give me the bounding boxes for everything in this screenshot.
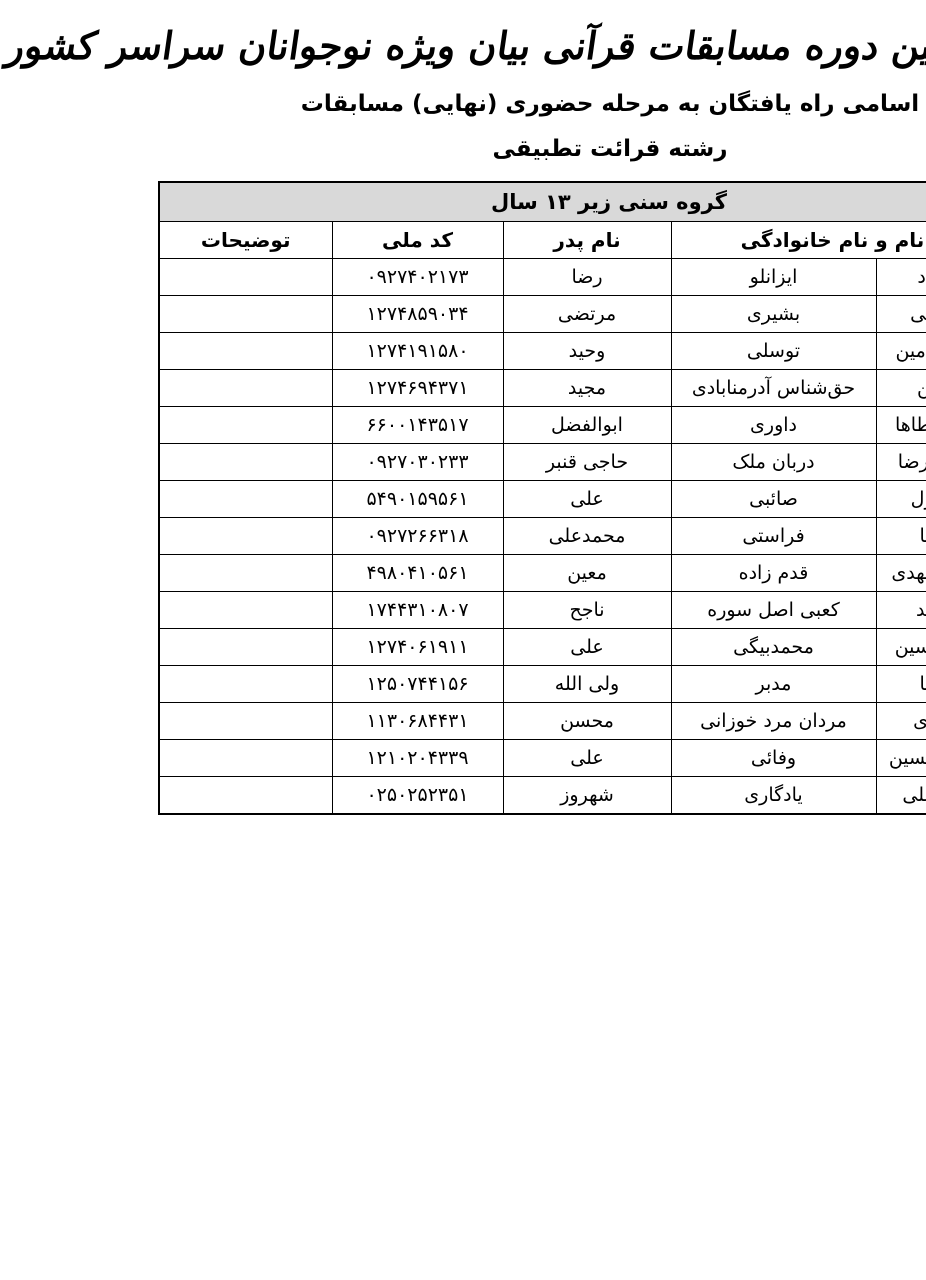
row-no-cell: ۱۱ xyxy=(847,628,912,665)
age-group-header: گروه سنی زیر ۱۳ سال xyxy=(12,182,912,222)
first-name-cell: متین xyxy=(729,369,847,406)
last-name-cell: دربان ملک xyxy=(524,443,729,480)
row-no-cell: ۸ xyxy=(847,517,912,554)
table-body: ۱ جواد ایزانلو رضا ۰۹۲۷۴۰۲۱۷۳ ۲ مجتبی بش… xyxy=(12,258,912,814)
col-header-father-name: نام پدر xyxy=(356,221,524,258)
last-name-cell: داوری xyxy=(524,406,729,443)
father-name-cell: رضا xyxy=(356,258,524,295)
father-name-cell: ناجح xyxy=(356,591,524,628)
age-group-header-row: گروه سنی زیر ۱۳ سال xyxy=(12,182,912,222)
last-name-cell: قدم زاده xyxy=(524,554,729,591)
national-code-cell: ۱۲۵۰۷۴۴۱۵۶ xyxy=(185,665,356,702)
last-name-cell: ایزانلو xyxy=(524,258,729,295)
national-code-cell: ۱۲۷۴۰۶۱۹۱۱ xyxy=(185,628,356,665)
national-code-cell: ۵۴۹۰۱۵۹۵۶۱ xyxy=(185,480,356,517)
table-row: ۲ مجتبی بشیری مرتضی ۱۲۷۴۸۵۹۰۳۴ xyxy=(12,295,912,332)
row-no-cell: ۲ xyxy=(847,295,912,332)
father-name-cell: معین xyxy=(356,554,524,591)
table-row: ۱۰ احمد کعبی اصل سوره ناجح ۱۷۴۴۳۱۰۸۰۷ xyxy=(12,591,912,628)
row-no-cell: ۱۳ xyxy=(847,702,912,739)
notes-cell xyxy=(12,406,185,443)
national-code-cell: ۱۱۳۰۶۸۴۴۳۱ xyxy=(185,702,356,739)
notes-cell xyxy=(12,258,185,295)
column-header-row: ردیف نام و نام خانوادگی نام پدر کد ملی ت… xyxy=(12,221,912,258)
first-name-cell: امیرعلی xyxy=(729,776,847,814)
table-row: ۳ محمدامین توسلی وحید ۱۲۷۴۱۹۱۵۸۰ xyxy=(12,332,912,369)
last-name-cell: حق‌شناس آدرمنابادی xyxy=(524,369,729,406)
notes-cell xyxy=(12,295,185,332)
national-code-cell: ۱۲۷۴۶۹۴۳۷۱ xyxy=(185,369,356,406)
father-name-cell: ولی الله xyxy=(356,665,524,702)
table-row: ۱۲ رضا مدبر ولی الله ۱۲۵۰۷۴۴۱۵۶ xyxy=(12,665,912,702)
last-name-cell: وفائی xyxy=(524,739,729,776)
last-name-cell: محمدبیگی xyxy=(524,628,729,665)
national-code-cell: ۰۹۲۷۰۳۰۲۳۳ xyxy=(185,443,356,480)
table-row: ۱۳ مهدی مردان مرد خوزانی محسن ۱۱۳۰۶۸۴۴۳۱ xyxy=(12,702,912,739)
notes-cell xyxy=(12,628,185,665)
notes-cell xyxy=(12,665,185,702)
first-name-cell: رضا xyxy=(729,665,847,702)
father-name-cell: علی xyxy=(356,739,524,776)
subtitle-qualifiers: اسامی راه یافتگان به مرحله حضوری (نهایی)… xyxy=(0,93,926,116)
notes-cell xyxy=(12,443,185,480)
first-name-cell: محمدحسین xyxy=(729,739,847,776)
national-code-cell: ۴۹۸۰۴۱۰۵۶۱ xyxy=(185,554,356,591)
last-name-cell: توسلی xyxy=(524,332,729,369)
document-page: اولین دوره مسابقات قرآنی بیان ویژه نوجوا… xyxy=(0,0,926,1280)
last-name-cell: بشیری xyxy=(524,295,729,332)
table-row: ۱۴ محمدحسین وفائی علی ۱۲۱۰۲۰۴۳۳۹ xyxy=(12,739,912,776)
table-row: ۴ متین حق‌شناس آدرمنابادی مجید ۱۲۷۴۶۹۴۳۷… xyxy=(12,369,912,406)
notes-cell xyxy=(12,702,185,739)
last-name-cell: مردان مرد خوزانی xyxy=(524,702,729,739)
notes-cell xyxy=(12,776,185,814)
first-name-cell: محمدرضا xyxy=(729,443,847,480)
first-name-cell: رضا xyxy=(729,517,847,554)
father-name-cell: حاجی قنبر xyxy=(356,443,524,480)
row-no-cell: ۱۲ xyxy=(847,665,912,702)
col-header-row-no: ردیف xyxy=(847,221,912,258)
calligraphy-title: اولین دوره مسابقات قرآنی بیان ویژه نوجوا… xyxy=(100,14,827,79)
national-code-cell: ۱۲۷۴۸۵۹۰۳۴ xyxy=(185,295,356,332)
last-name-cell: یادگاری xyxy=(524,776,729,814)
notes-cell xyxy=(12,591,185,628)
notes-cell xyxy=(12,480,185,517)
father-name-cell: محمدعلی xyxy=(356,517,524,554)
notes-cell xyxy=(12,332,185,369)
national-code-cell: ۶۶۰۰۱۴۳۵۱۷ xyxy=(185,406,356,443)
national-code-cell: ۰۹۲۷۲۶۶۳۱۸ xyxy=(185,517,356,554)
row-no-cell: ۱۵ xyxy=(847,776,912,814)
national-code-cell: ۰۹۲۷۴۰۲۱۷۳ xyxy=(185,258,356,295)
row-no-cell: ۱۴ xyxy=(847,739,912,776)
father-name-cell: مرتضی xyxy=(356,295,524,332)
row-no-cell: ۹ xyxy=(847,554,912,591)
national-code-cell: ۱۲۷۴۱۹۱۵۸۰ xyxy=(185,332,356,369)
qualifiers-table: گروه سنی زیر ۱۳ سال ردیف نام و نام خانوا… xyxy=(11,181,913,815)
first-name-cell: محمدامین xyxy=(729,332,847,369)
first-name-cell: محمدمهدی xyxy=(729,554,847,591)
row-no-cell: ۴ xyxy=(847,369,912,406)
table-row: ۱۱ امیرحسین محمدبیگی علی ۱۲۷۴۰۶۱۹۱۱ xyxy=(12,628,912,665)
subtitle-field: رشته قرائت تطبیقی xyxy=(0,138,926,161)
last-name-cell: کعبی اصل سوره xyxy=(524,591,729,628)
first-name-cell: مجتبی xyxy=(729,295,847,332)
national-code-cell: ۰۲۵۰۲۵۲۳۵۱ xyxy=(185,776,356,814)
national-code-cell: ۱۷۴۴۳۱۰۸۰۷ xyxy=(185,591,356,628)
row-no-cell: ۳ xyxy=(847,332,912,369)
row-no-cell: ۶ xyxy=(847,443,912,480)
col-header-national-code: کد ملی xyxy=(185,221,356,258)
last-name-cell: فراستی xyxy=(524,517,729,554)
notes-cell xyxy=(12,369,185,406)
father-name-cell: مجید xyxy=(356,369,524,406)
first-name-cell: محمدطاها xyxy=(729,406,847,443)
first-name-cell: جواد xyxy=(729,258,847,295)
table-row: ۱۵ امیرعلی یادگاری شهروز ۰۲۵۰۲۵۲۳۵۱ xyxy=(12,776,912,814)
row-no-cell: ۱ xyxy=(847,258,912,295)
table-row: ۶ محمدرضا دربان ملک حاجی قنبر ۰۹۲۷۰۳۰۲۳۳ xyxy=(12,443,912,480)
first-name-cell: رسول xyxy=(729,480,847,517)
notes-cell xyxy=(12,739,185,776)
father-name-cell: وحید xyxy=(356,332,524,369)
national-code-cell: ۱۲۱۰۲۰۴۳۳۹ xyxy=(185,739,356,776)
table-row: ۹ محمدمهدی قدم زاده معین ۴۹۸۰۴۱۰۵۶۱ xyxy=(12,554,912,591)
first-name-cell: امیرحسین xyxy=(729,628,847,665)
father-name-cell: علی xyxy=(356,628,524,665)
last-name-cell: مدبر xyxy=(524,665,729,702)
row-no-cell: ۵ xyxy=(847,406,912,443)
notes-cell xyxy=(12,554,185,591)
col-header-notes: توضیحات xyxy=(12,221,185,258)
table-row: ۱ جواد ایزانلو رضا ۰۹۲۷۴۰۲۱۷۳ xyxy=(12,258,912,295)
row-no-cell: ۷ xyxy=(847,480,912,517)
first-name-cell: مهدی xyxy=(729,702,847,739)
notes-cell xyxy=(12,517,185,554)
father-name-cell: شهروز xyxy=(356,776,524,814)
father-name-cell: علی xyxy=(356,480,524,517)
table-row: ۵ محمدطاها داوری ابوالفضل ۶۶۰۰۱۴۳۵۱۷ xyxy=(12,406,912,443)
col-header-full-name: نام و نام خانوادگی xyxy=(524,221,847,258)
table-row: ۸ رضا فراستی محمدعلی ۰۹۲۷۲۶۶۳۱۸ xyxy=(12,517,912,554)
first-name-cell: احمد xyxy=(729,591,847,628)
father-name-cell: ابوالفضل xyxy=(356,406,524,443)
last-name-cell: صائبی xyxy=(524,480,729,517)
row-no-cell: ۱۰ xyxy=(847,591,912,628)
table-row: ۷ رسول صائبی علی ۵۴۹۰۱۵۹۵۶۱ xyxy=(12,480,912,517)
father-name-cell: محسن xyxy=(356,702,524,739)
